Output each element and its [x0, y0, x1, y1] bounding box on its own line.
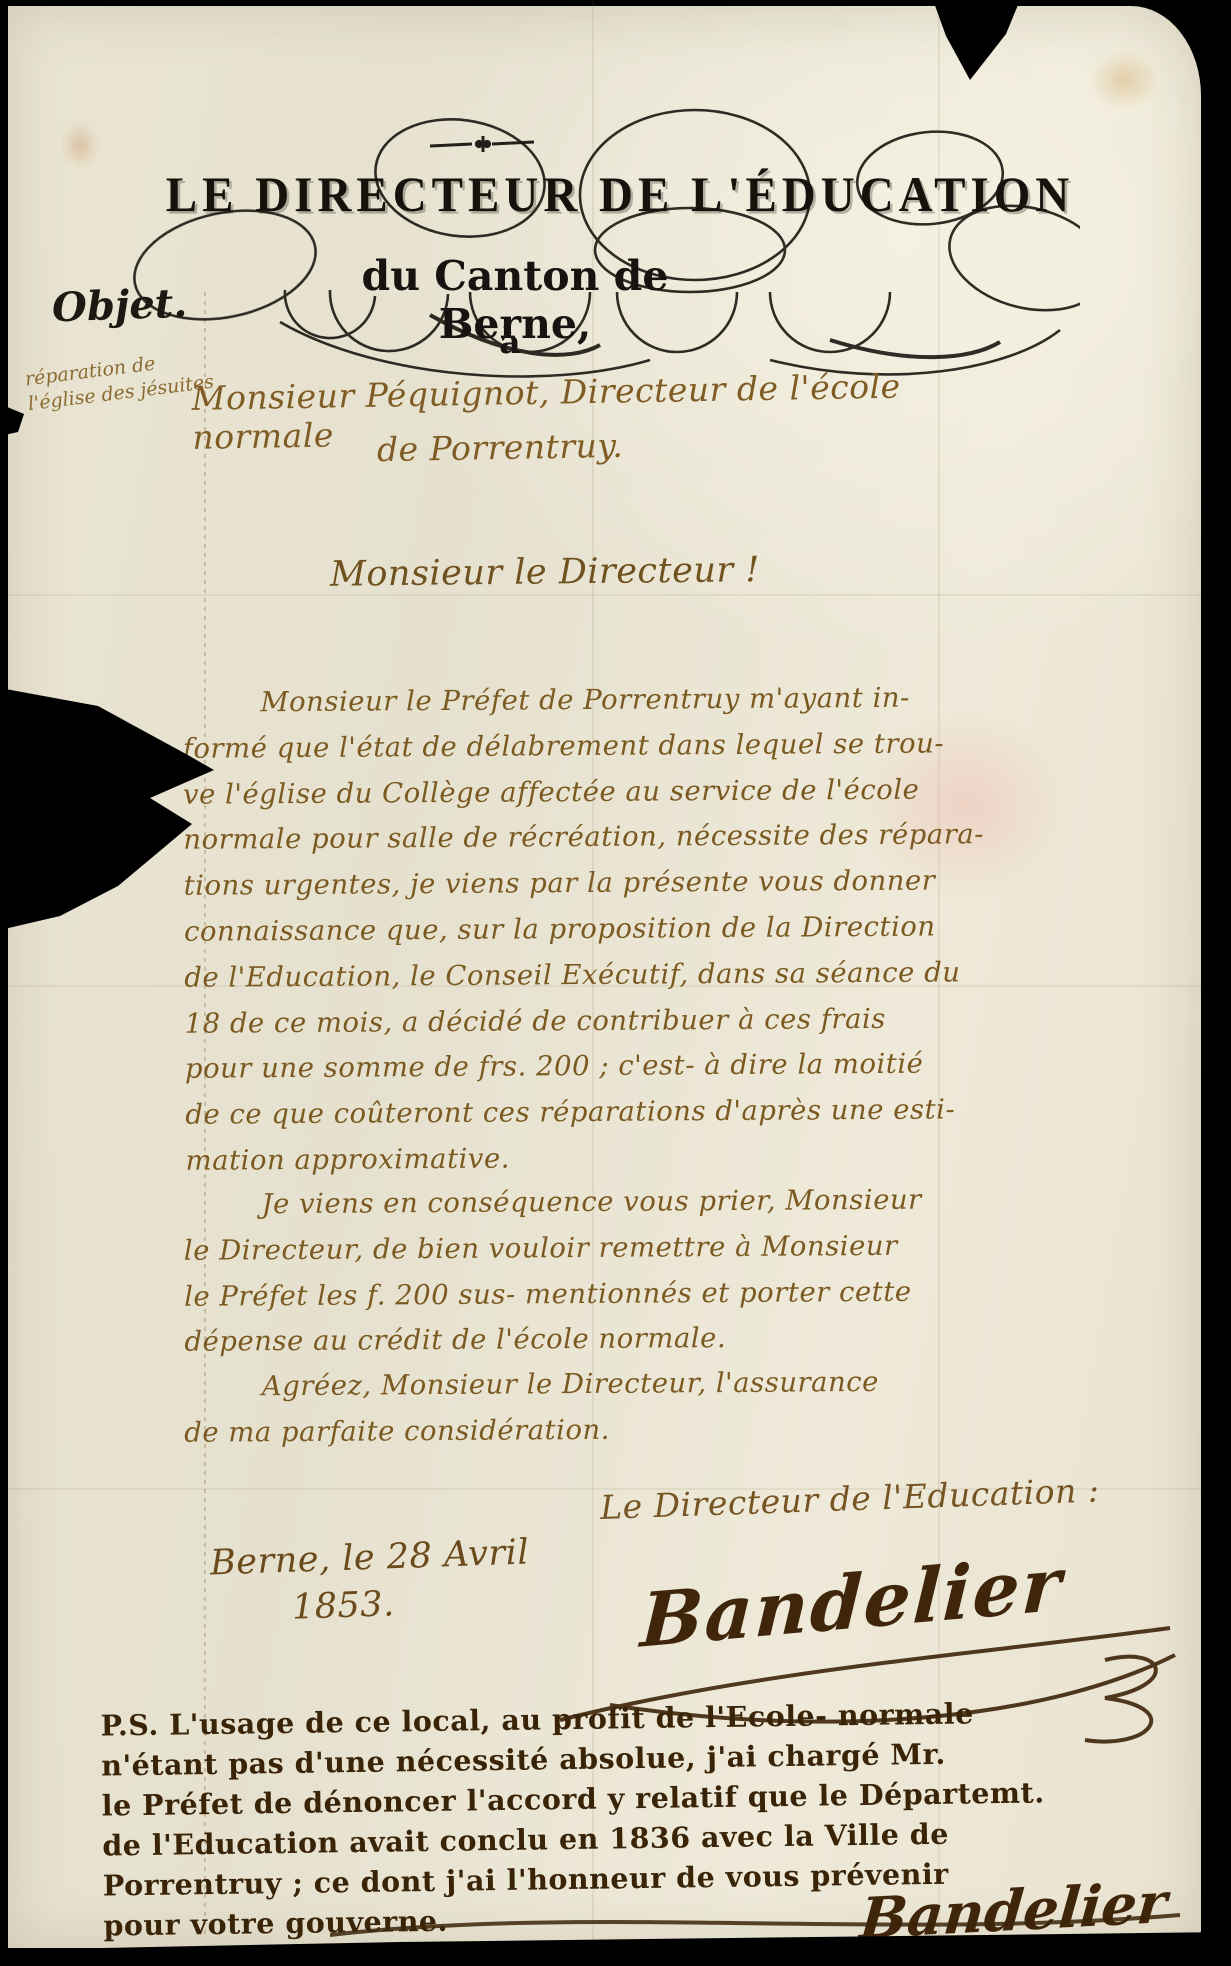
body-line: pour une somme de frs. 200 ; c'est- à di… [185, 1042, 985, 1093]
body-line: le Préfet les f. 200 sus- mentionnés et … [184, 1269, 984, 1320]
body-line: Monsieur le Préfet de Porrentruy m'ayant… [182, 675, 982, 726]
body-line: formé que l'état de délabrement dans leq… [183, 721, 983, 772]
body-line: dépense au crédit de l'école normale. [184, 1315, 984, 1366]
body-line: Agréez, Monsieur le Directeur, l'assuran… [184, 1359, 984, 1410]
letterhead-preposition: à [480, 322, 540, 361]
body-paragraph-1: Monsieur le Préfet de Porrentruy m'ayant… [182, 675, 985, 1184]
body-line: 18 de ce mois, a décidé de contribuer à … [184, 996, 984, 1047]
body-line: tions urgentes, je viens par la présente… [184, 858, 984, 909]
body-line: Je viens en conséquence vous prier, Mons… [183, 1177, 983, 1228]
scanned-letter-page: LE DIRECTEUR DE L'ÉDUCATION du Canton de… [0, 0, 1231, 1966]
salutation: Monsieur le Directeur ! [330, 549, 850, 594]
body-line: de l'Education, le Conseil Exécutif, dan… [184, 950, 984, 1001]
body-line: connaissance que, sur la proposition de … [184, 904, 984, 955]
horizontal-fold-crease [8, 594, 1201, 596]
body-paragraph-2: Je viens en conséquence vous prier, Mons… [183, 1177, 984, 1366]
body-line: le Directeur, de bien vouloir remettre à… [184, 1223, 984, 1274]
place-date-line2: 1853. [291, 1584, 395, 1628]
body-paragraph-3: Agréez, Monsieur le Directeur, l'assuran… [184, 1359, 985, 1456]
body-line: normale pour salle de récréation, nécess… [183, 813, 983, 864]
body-line: de ce que coûteront ces réparations d'ap… [185, 1087, 985, 1138]
body-line: mation approximative. [185, 1133, 985, 1184]
objet-label: Objet. [51, 280, 188, 332]
letterhead-title: LE DIRECTEUR DE L'ÉDUCATION [160, 166, 1080, 223]
recipient-line2: de Porrentruy. [300, 425, 701, 471]
body-line: de ma parfaite considération. [184, 1405, 984, 1456]
body-line: ve l'église du Collège affectée au servi… [183, 767, 983, 818]
